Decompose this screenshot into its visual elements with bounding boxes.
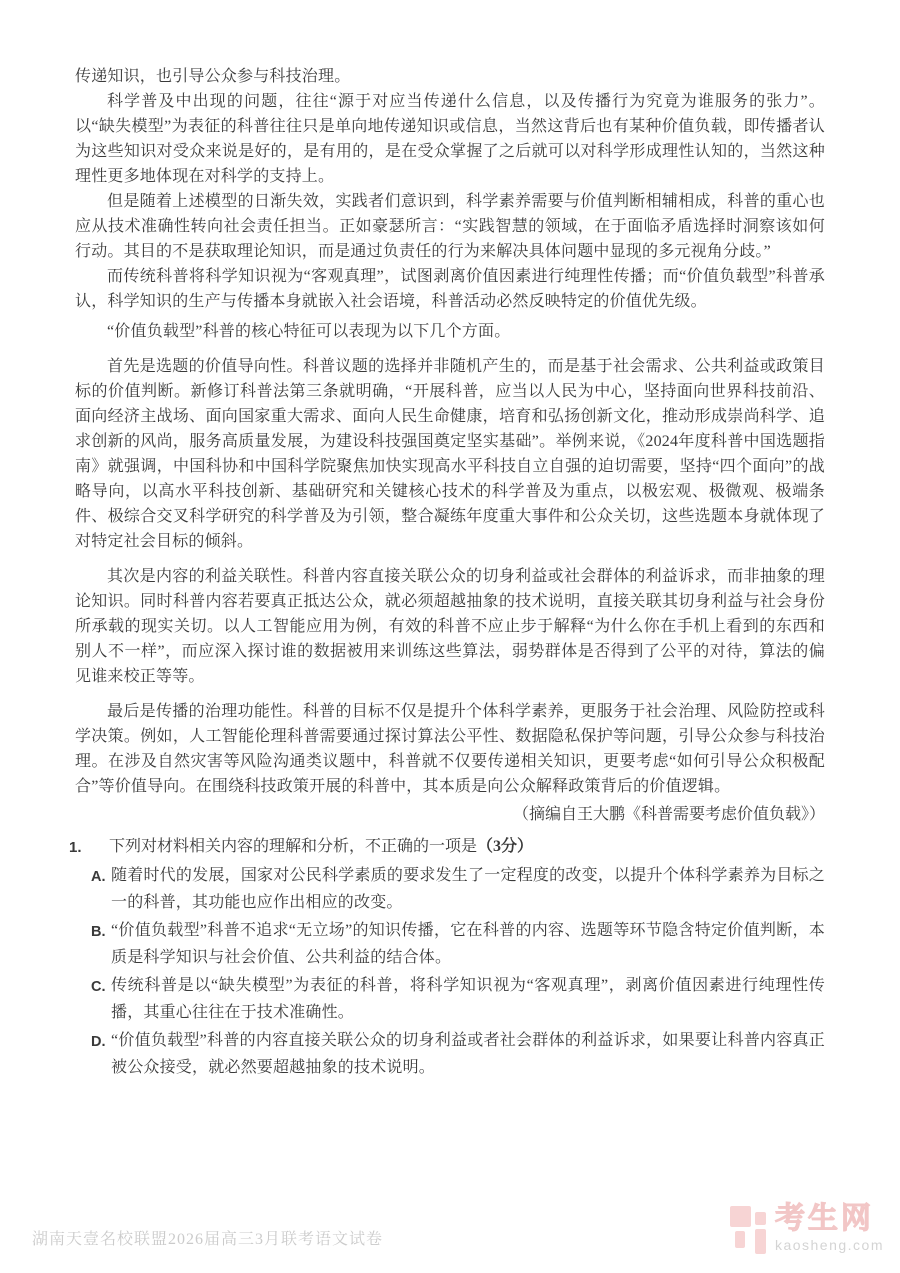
passage-paragraph: 但是随着上述模型的日渐失效，实践者们意识到，科学素养需要与价值判断相辅相成，科普… [75, 189, 825, 264]
logo-block [730, 1206, 751, 1227]
question-1: 1. 下列对材料相关内容的理解和分析，不正确的一项是（3分） A.随着时代的发展… [69, 833, 825, 1081]
option-c: C.传统科普是以“缺失模型”为表征的科普，将科学知识视为“客观真理”，剥离价值因… [91, 972, 825, 1026]
option-label: A. [91, 862, 111, 916]
question-stem-row: 1. 下列对材料相关内容的理解和分析，不正确的一项是（3分） [69, 833, 825, 861]
kaosheng-logo-icon [730, 1203, 768, 1259]
option-text: 随着时代的发展，国家对公民科学素质的要求发生了一定程度的改变，以提升个体科学素养… [111, 862, 825, 916]
question-stem: 下列对材料相关内容的理解和分析，不正确的一项是（3分） [109, 833, 533, 861]
option-text: 传统科普是以“缺失模型”为表征的科普，将科学知识视为“客观真理”，剥离价值因素进… [111, 972, 825, 1026]
logo-block [755, 1212, 766, 1225]
option-label: D. [91, 1027, 111, 1081]
option-text: “价值负载型”科普不追求“无立场”的知识传播，它在科普的内容、选题等环节隐含特定… [111, 917, 825, 971]
logo-block [735, 1231, 745, 1248]
footer-watermark: 湖南天壹名校联盟2026届高三3月联考语文试卷 [32, 1226, 383, 1249]
option-label: C. [91, 972, 111, 1026]
passage-paragraph: 首先是选题的价值导向性。科普议题的选择并非随机产生的，而是基于社会需求、公共利益… [75, 354, 825, 554]
page-content: 传递知识，也引导公众参与科技治理。科学普及中出现的问题，往往“源于对应当传递什么… [75, 64, 825, 1081]
logo-domain: kaosheng.com [775, 1237, 884, 1253]
question-score: （3分） [477, 838, 533, 855]
passage-paragraph: 传递知识，也引导公众参与科技治理。 [75, 64, 825, 89]
option-b: B.“价值负载型”科普不追求“无立场”的知识传播，它在科普的内容、选题等环节隐含… [91, 917, 825, 971]
option-a: A.随着时代的发展，国家对公民科学素质的要求发生了一定程度的改变，以提升个体科学… [91, 862, 825, 916]
passage-paragraph: 其次是内容的利益关联性。科普内容直接关联公众的切身利益或社会群体的利益诉求，而非… [75, 564, 825, 689]
options-list: A.随着时代的发展，国家对公民科学素质的要求发生了一定程度的改变，以提升个体科学… [91, 862, 825, 1081]
logo-text-group: 考生网 kaosheng.com [775, 1203, 884, 1253]
question-stem-text: 下列对材料相关内容的理解和分析，不正确的一项是 [109, 838, 477, 855]
passage-paragraph: “价值负载型”科普的核心特征可以表现为以下几个方面。 [75, 319, 825, 344]
logo-block [755, 1229, 766, 1254]
question-number: 1. [69, 833, 109, 861]
option-label: B. [91, 917, 111, 971]
attribution: （摘编自王大鹏《科普需要考虑价值负载》） [75, 802, 825, 827]
passage-paragraph: 最后是传播的治理功能性。科普的目标不仅是提升个体科学素养，更服务于社会治理、风险… [75, 699, 825, 799]
option-text: “价值负载型”科普的内容直接关联公众的切身利益或者社会群体的利益诉求，如果要让科… [111, 1027, 825, 1081]
passage: 传递知识，也引导公众参与科技治理。科学普及中出现的问题，往往“源于对应当传递什么… [75, 64, 825, 799]
kaosheng-logo: 考生网 kaosheng.com [730, 1203, 884, 1259]
option-d: D.“价值负载型”科普的内容直接关联公众的切身利益或者社会群体的利益诉求，如果要… [91, 1027, 825, 1081]
passage-paragraph: 科学普及中出现的问题，往往“源于对应当传递什么信息，以及传播行为究竟为谁服务的张… [75, 89, 825, 189]
passage-paragraph: 而传统科普将科学知识视为“客观真理”，试图剥离价值因素进行纯理性传播；而“价值负… [75, 264, 825, 314]
exam-paper-page: 传递知识，也引导公众参与科技治理。科学普及中出现的问题，往往“源于对应当传递什么… [0, 0, 900, 1273]
logo-name: 考生网 [775, 1203, 884, 1235]
